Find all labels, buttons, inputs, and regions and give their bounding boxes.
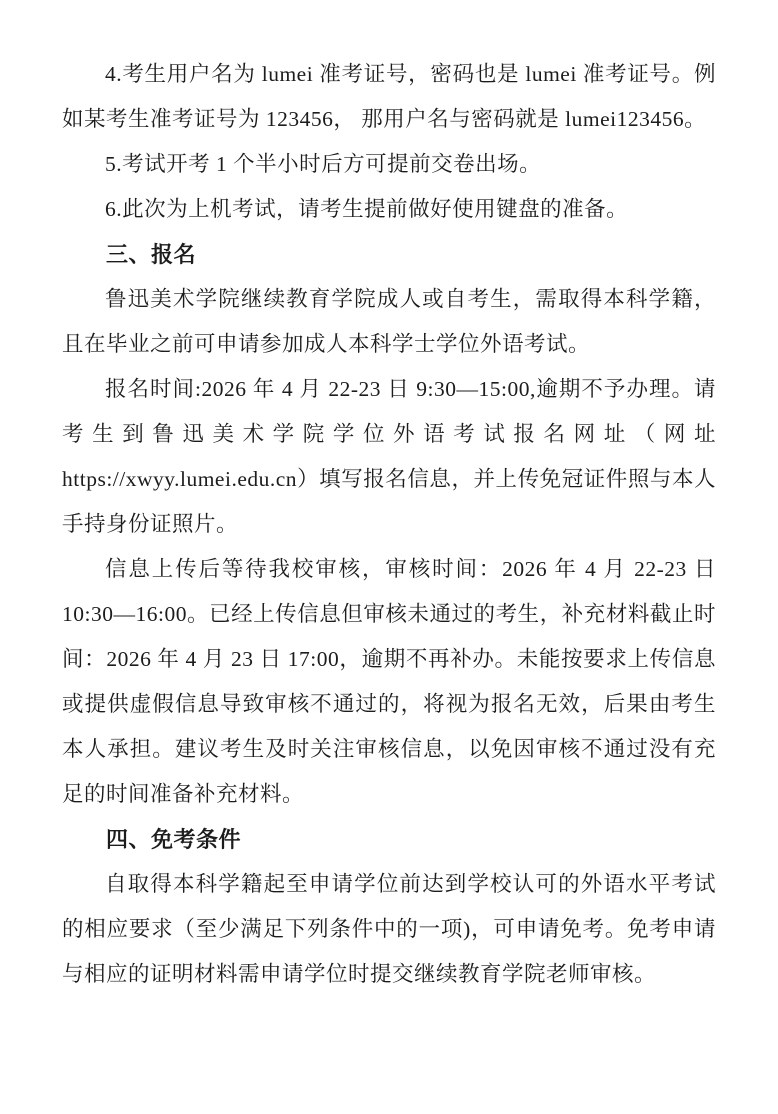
document-page: 4.考生用户名为 lumei 准考证号，密码也是 lumei 准考证号。例如某考… bbox=[0, 0, 778, 1114]
section-heading: 三、报名 bbox=[62, 232, 716, 277]
section-heading: 四、免考条件 bbox=[62, 817, 716, 862]
paragraph: 自取得本科学籍起至申请学位前达到学校认可的外语水平考试的相应要求（至少满足下列条… bbox=[62, 862, 716, 997]
paragraph: 4.考生用户名为 lumei 准考证号，密码也是 lumei 准考证号。例如某考… bbox=[62, 52, 716, 142]
paragraph: 5.考试开考 1 个半小时后方可提前交卷出场。 bbox=[62, 142, 716, 187]
paragraph: 报名时间:2026 年 4 月 22-23 日 9:30—15:00,逾期不予办… bbox=[62, 367, 716, 547]
paragraph: 6.此次为上机考试，请考生提前做好使用键盘的准备。 bbox=[62, 187, 716, 232]
document-body: 4.考生用户名为 lumei 准考证号，密码也是 lumei 准考证号。例如某考… bbox=[62, 52, 716, 997]
paragraph: 鲁迅美术学院继续教育学院成人或自考生，需取得本科学籍，且在毕业之前可申请参加成人… bbox=[62, 277, 716, 367]
paragraph: 信息上传后等待我校审核，审核时间：2026 年 4 月 22-23 日 10:3… bbox=[62, 547, 716, 817]
